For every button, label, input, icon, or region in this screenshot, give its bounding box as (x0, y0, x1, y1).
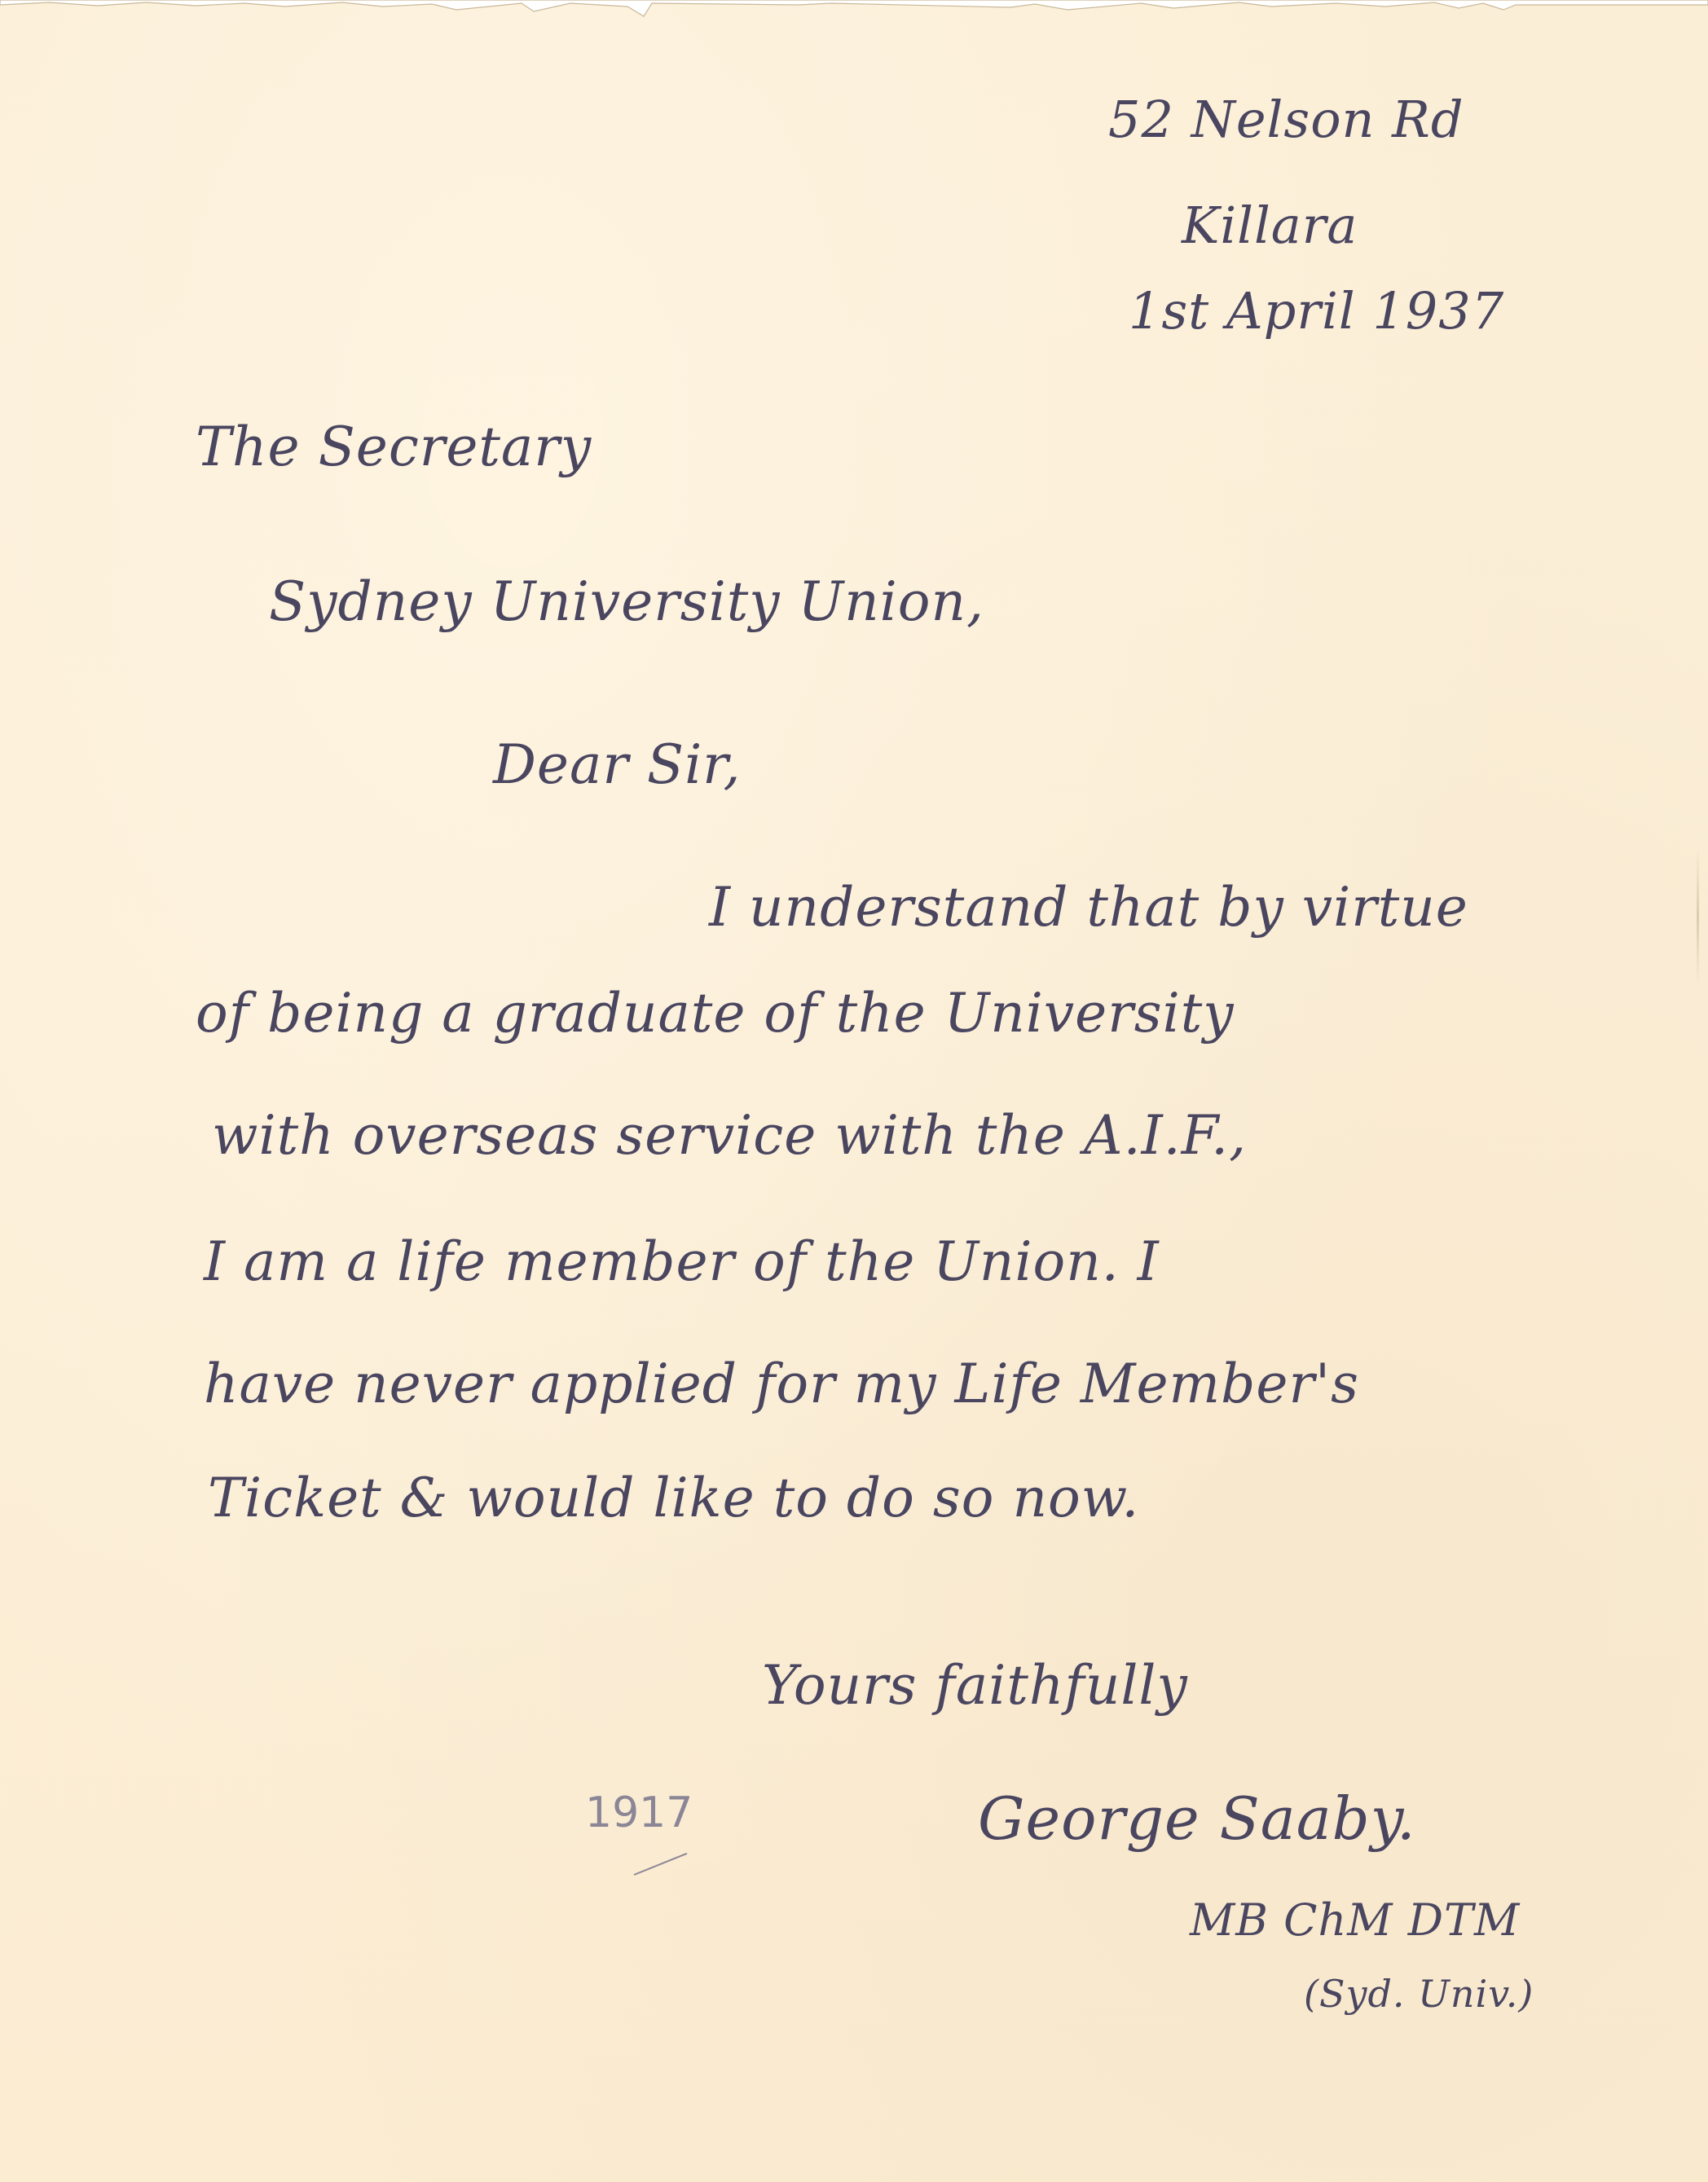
recipient-title: The Secretary (196, 416, 592, 478)
body-line-2: of being a graduate of the University (196, 982, 1235, 1045)
paper-fold (1697, 847, 1699, 986)
torn-top-edge (0, 0, 1708, 18)
body-line-4: I am a life member of the Union. I (204, 1230, 1160, 1293)
closing: Yours faithfully (762, 1654, 1188, 1717)
pencil-annotation-year: 1917 (585, 1788, 693, 1837)
address-suburb: Killara (1182, 196, 1358, 255)
body-line-6: Ticket & would like to do so now. (208, 1467, 1139, 1529)
letter-date: 1st April 1937 (1129, 281, 1504, 341)
salutation: Dear Sir, (493, 733, 741, 796)
signature-qualifications: MB ChM DTM (1190, 1894, 1520, 1946)
body-line-1: I understand that by virtue (709, 876, 1468, 939)
signature-institution: (Syd. Univ.) (1304, 1972, 1534, 2016)
signature-name: George Saaby. (978, 1784, 1416, 1853)
letter-paper: 52 Nelson Rd Killara 1st April 1937 The … (0, 0, 1708, 2182)
body-line-3: with overseas service with the A.I.F., (212, 1104, 1247, 1167)
body-line-5: have never applied for my Life Member's (204, 1353, 1359, 1415)
address-street: 52 Nelson Rd (1108, 90, 1464, 149)
recipient-organisation: Sydney University Union, (269, 570, 984, 633)
pencil-underline-mark (634, 1853, 688, 1876)
